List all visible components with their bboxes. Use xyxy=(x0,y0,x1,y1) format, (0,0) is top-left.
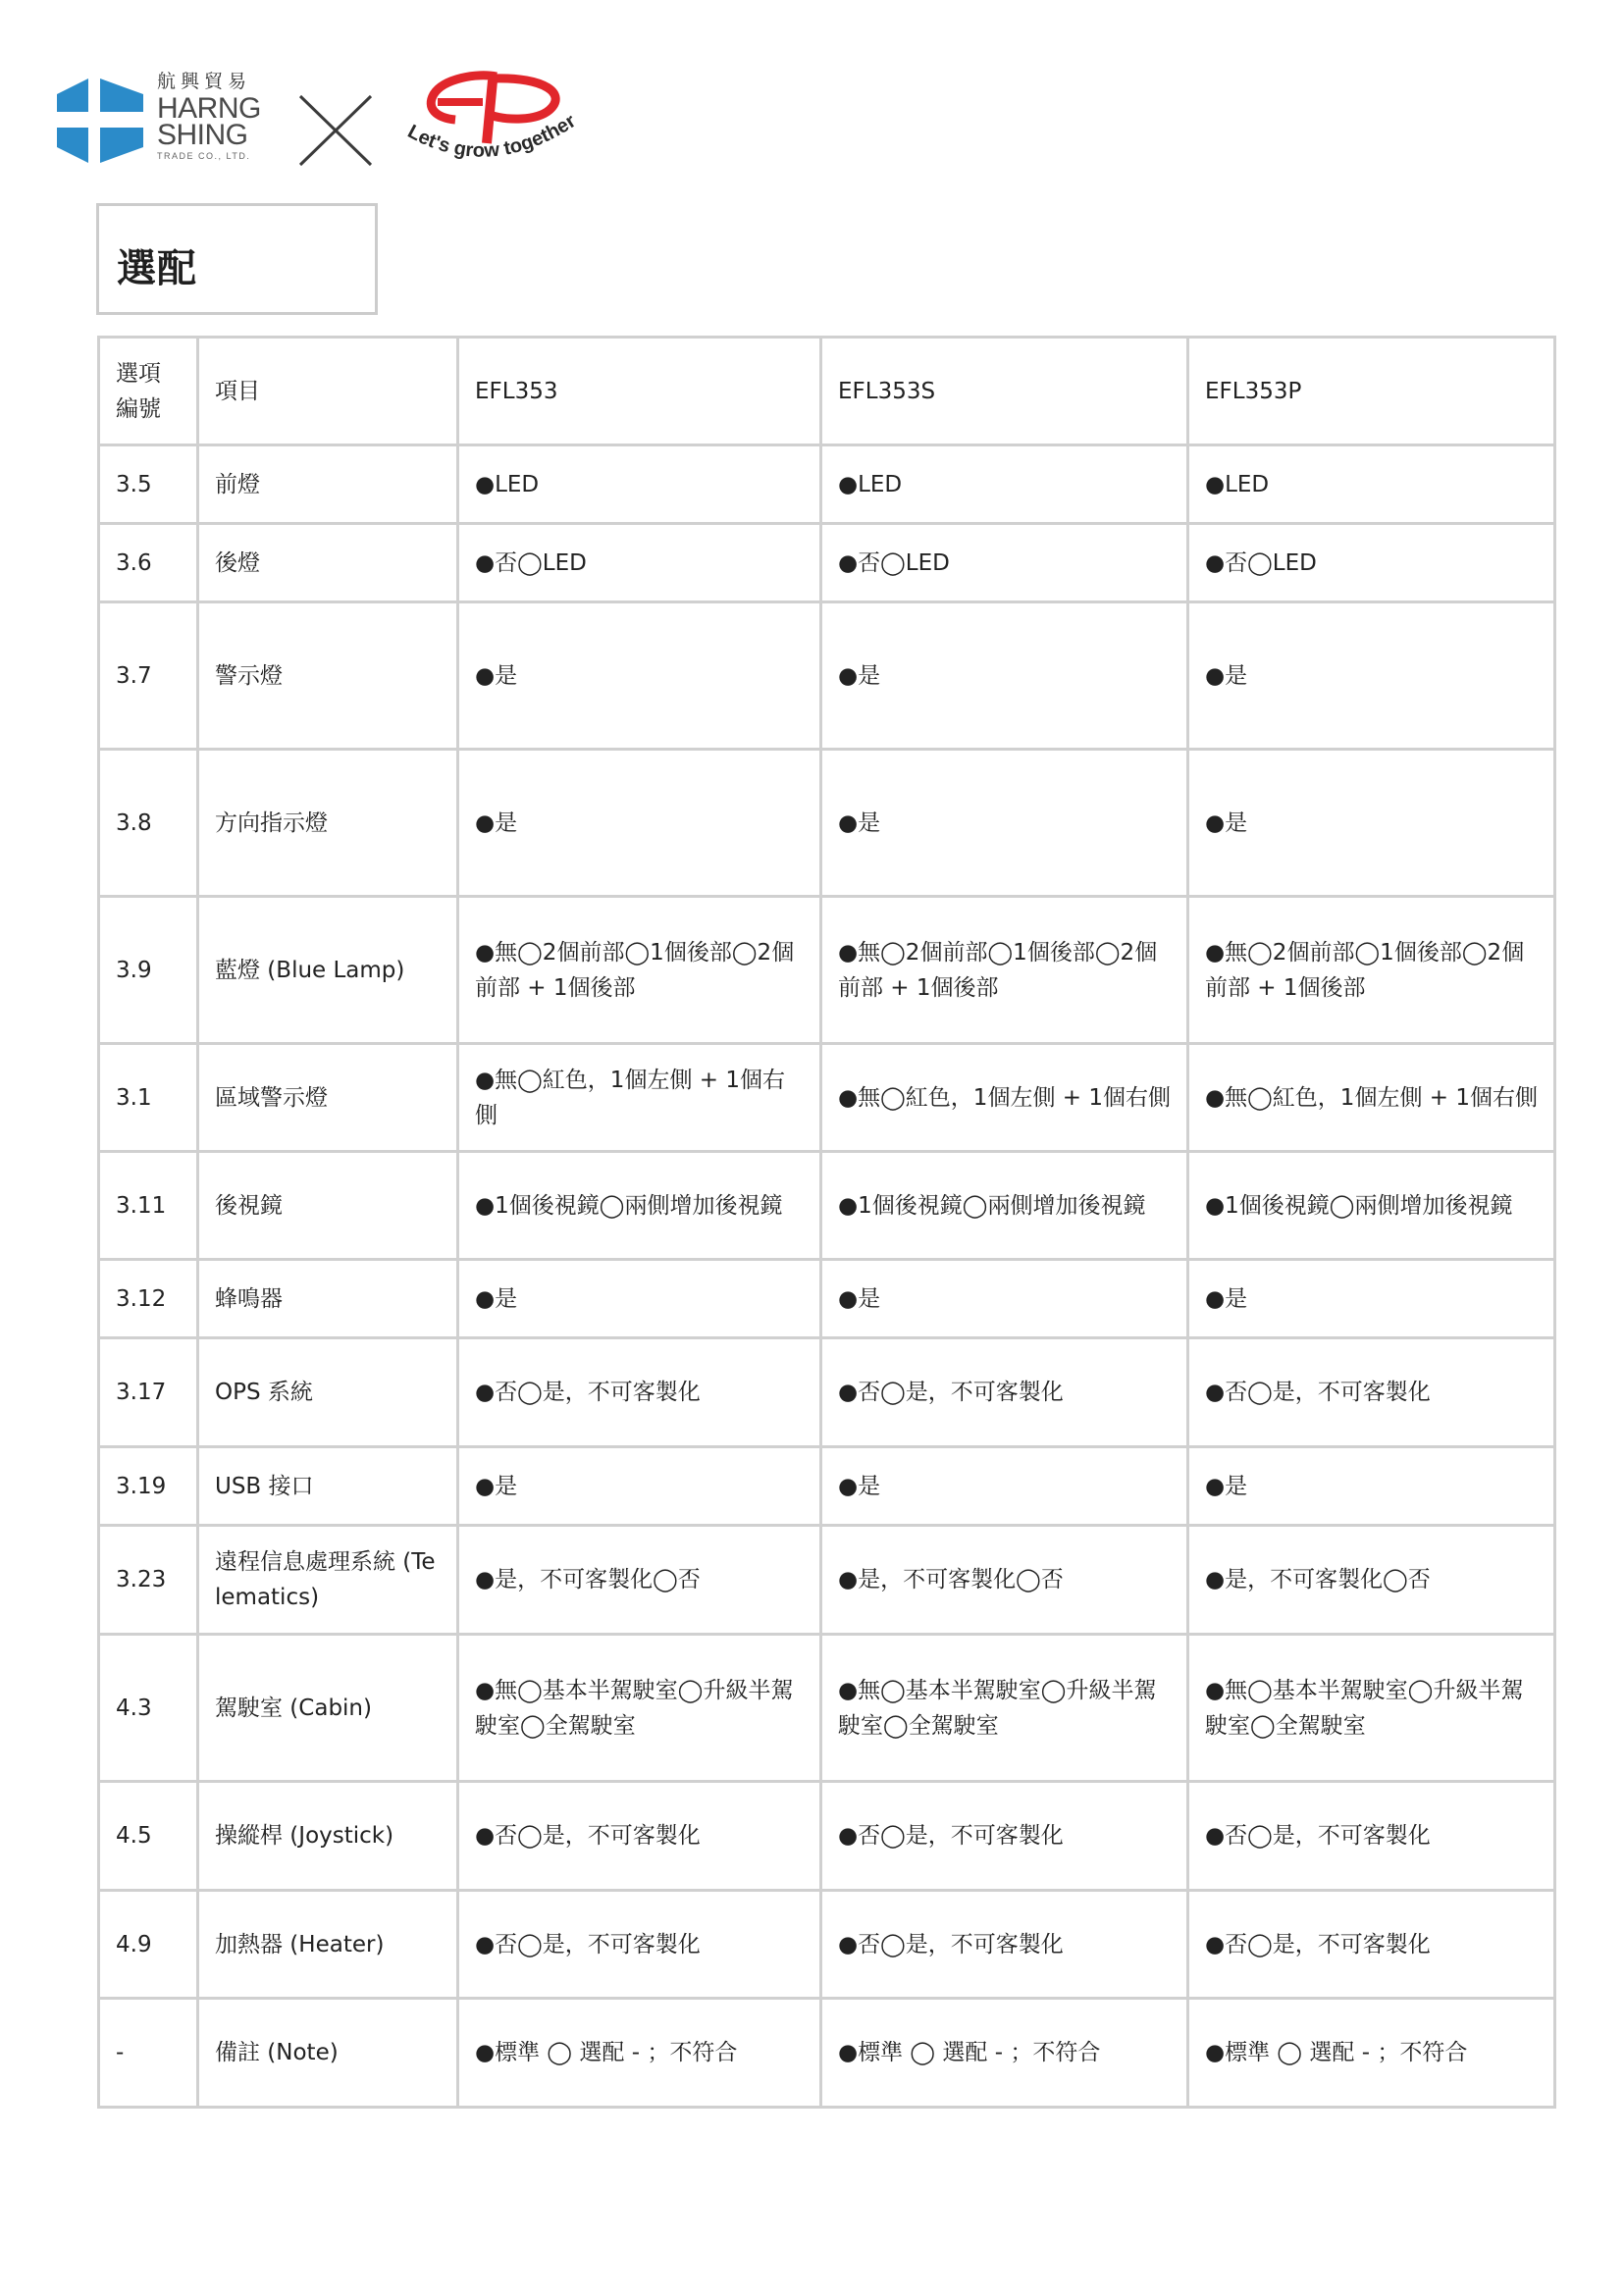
option-number: 3.7 xyxy=(99,602,198,750)
company-name-en-2: SHING xyxy=(157,122,261,148)
table-row: 3.17 OPS 系統 ●否◯是，不可客製化 ●否◯是，不可客製化 ●否◯是，不… xyxy=(99,1338,1555,1447)
header-model-efl353: EFL353 xyxy=(458,338,821,445)
option-value-efl353: ●是 xyxy=(458,1260,821,1338)
table-row: 4.3 駕駛室 (Cabin) ●無◯基本半駕駛室◯升級半駕駛室◯全駕駛室 ●無… xyxy=(99,1635,1555,1782)
option-number: 3.19 xyxy=(99,1447,198,1526)
header-model-efl353s: EFL353S xyxy=(821,338,1188,445)
option-value-efl353: ●是，不可客製化◯否 xyxy=(458,1526,821,1635)
table-row: 4.5 操縱桿 (Joystick) ●否◯是，不可客製化 ●否◯是，不可客製化… xyxy=(99,1782,1555,1891)
option-item: 方向指示燈 xyxy=(198,750,458,897)
option-value-efl353: ●無◯紅色，1個左側 + 1個右側 xyxy=(458,1044,821,1152)
option-value-efl353p: ●否◯是，不可客製化 xyxy=(1188,1891,1555,1999)
table-row: 4.9 加熱器 (Heater) ●否◯是，不可客製化 ●否◯是，不可客製化 ●… xyxy=(99,1891,1555,1999)
option-item: 備註 (Note) xyxy=(198,1999,458,2108)
option-value-efl353p: ●是 xyxy=(1188,1260,1555,1338)
option-number: 4.3 xyxy=(99,1635,198,1782)
option-number: - xyxy=(99,1999,198,2108)
option-item: 後視鏡 xyxy=(198,1152,458,1260)
option-value-efl353: ●否◯LED xyxy=(458,524,821,602)
option-value-efl353: ●1個後視鏡◯兩側增加後視鏡 xyxy=(458,1152,821,1260)
option-number: 3.17 xyxy=(99,1338,198,1447)
option-item: 藍燈 (Blue Lamp) xyxy=(198,897,458,1044)
option-value-efl353p: ●無◯2個前部◯1個後部◯2個前部 + 1個後部 xyxy=(1188,897,1555,1044)
option-item: 遠程信息處理系統 (Telematics) xyxy=(198,1526,458,1635)
option-value-efl353: ●無◯基本半駕駛室◯升級半駕駛室◯全駕駛室 xyxy=(458,1635,821,1782)
option-item: 警示燈 xyxy=(198,602,458,750)
option-value-efl353: ●是 xyxy=(458,602,821,750)
option-number: 3.1 xyxy=(99,1044,198,1152)
table-row: 3.5 前燈 ●LED ●LED ●LED xyxy=(99,445,1555,524)
option-value-efl353s: ●否◯是，不可客製化 xyxy=(821,1891,1188,1999)
option-item: 前燈 xyxy=(198,445,458,524)
option-value-efl353s: ●是 xyxy=(821,602,1188,750)
option-value-efl353s: ●無◯紅色，1個左側 + 1個右側 xyxy=(821,1044,1188,1152)
option-number: 3.8 xyxy=(99,750,198,897)
option-value-efl353s: ●是 xyxy=(821,1447,1188,1526)
section-title-box: 選配 xyxy=(96,203,378,315)
option-value-efl353p: ●無◯紅色，1個左側 + 1個右側 xyxy=(1188,1044,1555,1152)
table-row: 3.9 藍燈 (Blue Lamp) ●無◯2個前部◯1個後部◯2個前部 + 1… xyxy=(99,897,1555,1044)
option-value-efl353: ●否◯是，不可客製化 xyxy=(458,1782,821,1891)
option-item: 加熱器 (Heater) xyxy=(198,1891,458,1999)
option-item: 區域警示燈 xyxy=(198,1044,458,1152)
option-value-efl353s: ●是 xyxy=(821,1260,1188,1338)
company-name-en-1: HARNG xyxy=(157,95,261,122)
option-value-efl353: ●否◯是，不可客製化 xyxy=(458,1338,821,1447)
option-value-efl353p: ●是，不可客製化◯否 xyxy=(1188,1526,1555,1635)
table-row: 3.7 警示燈 ●是 ●是 ●是 xyxy=(99,602,1555,750)
option-item: USB 接口 xyxy=(198,1447,458,1526)
option-value-efl353p: ●無◯基本半駕駛室◯升級半駕駛室◯全駕駛室 xyxy=(1188,1635,1555,1782)
options-table: 選項編號 項目 EFL353 EFL353S EFL353P 3.5 前燈 ●L… xyxy=(97,336,1556,2109)
option-item: 操縱桿 (Joystick) xyxy=(198,1782,458,1891)
option-number: 3.23 xyxy=(99,1526,198,1635)
header-option-number: 選項編號 xyxy=(99,338,198,445)
company-name-cn: 航興貿易 xyxy=(157,73,261,91)
option-value-efl353s: ●LED xyxy=(821,445,1188,524)
table-header-row: 選項編號 項目 EFL353 EFL353S EFL353P xyxy=(99,338,1555,445)
header-logos: 航興貿易 HARNG SHING TRADE CO., LTD. Let's g… xyxy=(55,65,604,173)
option-number: 3.12 xyxy=(99,1260,198,1338)
table-row: 3.6 後燈 ●否◯LED ●否◯LED ●否◯LED xyxy=(99,524,1555,602)
table-row-note: - 備註 (Note) ●標準 ◯ 選配 - ；不符合 ●標準 ◯ 選配 - ；… xyxy=(99,1999,1555,2108)
section-title: 選配 xyxy=(117,237,197,293)
option-value-efl353: ●是 xyxy=(458,1447,821,1526)
table-row: 3.11 後視鏡 ●1個後視鏡◯兩側增加後視鏡 ●1個後視鏡◯兩側增加後視鏡 ●… xyxy=(99,1152,1555,1260)
option-value-efl353p: ●否◯是，不可客製化 xyxy=(1188,1782,1555,1891)
option-value-efl353p: ●是 xyxy=(1188,602,1555,750)
option-value-efl353p: ●否◯是，不可客製化 xyxy=(1188,1338,1555,1447)
option-value-efl353p: ●是 xyxy=(1188,750,1555,897)
option-value-efl353p: ●否◯LED xyxy=(1188,524,1555,602)
option-item: 後燈 xyxy=(198,524,458,602)
collaboration-x-icon xyxy=(298,94,373,167)
option-number: 3.6 xyxy=(99,524,198,602)
option-value-efl353s: ●是，不可客製化◯否 xyxy=(821,1526,1188,1635)
note-legend-efl353p: ●標準 ◯ 選配 - ；不符合 xyxy=(1188,1999,1555,2108)
note-legend-efl353s: ●標準 ◯ 選配 - ；不符合 xyxy=(821,1999,1188,2108)
harng-shing-logo-icon xyxy=(57,73,147,167)
table-row: 3.12 蜂鳴器 ●是 ●是 ●是 xyxy=(99,1260,1555,1338)
option-value-efl353s: ●無◯2個前部◯1個後部◯2個前部 + 1個後部 xyxy=(821,897,1188,1044)
header-item: 項目 xyxy=(198,338,458,445)
table-row: 3.19 USB 接口 ●是 ●是 ●是 xyxy=(99,1447,1555,1526)
option-value-efl353s: ●否◯LED xyxy=(821,524,1188,602)
option-item: 蜂鳴器 xyxy=(198,1260,458,1338)
option-item: 駕駛室 (Cabin) xyxy=(198,1635,458,1782)
option-value-efl353s: ●1個後視鏡◯兩側增加後視鏡 xyxy=(821,1152,1188,1260)
option-number: 4.5 xyxy=(99,1782,198,1891)
option-item: OPS 系統 xyxy=(198,1338,458,1447)
ep-logo-icon: Let's grow together xyxy=(398,67,581,171)
option-number: 3.11 xyxy=(99,1152,198,1260)
option-value-efl353s: ●否◯是，不可客製化 xyxy=(821,1338,1188,1447)
table-row: 3.23 遠程信息處理系統 (Telematics) ●是，不可客製化◯否 ●是… xyxy=(99,1526,1555,1635)
option-value-efl353: ●LED xyxy=(458,445,821,524)
option-value-efl353: ●否◯是，不可客製化 xyxy=(458,1891,821,1999)
option-value-efl353s: ●無◯基本半駕駛室◯升級半駕駛室◯全駕駛室 xyxy=(821,1635,1188,1782)
header-model-efl353p: EFL353P xyxy=(1188,338,1555,445)
harng-shing-wordmark: 航興貿易 HARNG SHING TRADE CO., LTD. xyxy=(157,73,261,161)
option-number: 4.9 xyxy=(99,1891,198,1999)
table-row: 3.1 區域警示燈 ●無◯紅色，1個左側 + 1個右側 ●無◯紅色，1個左側 +… xyxy=(99,1044,1555,1152)
option-number: 3.9 xyxy=(99,897,198,1044)
option-number: 3.5 xyxy=(99,445,198,524)
option-value-efl353p: ●1個後視鏡◯兩側增加後視鏡 xyxy=(1188,1152,1555,1260)
option-value-efl353p: ●是 xyxy=(1188,1447,1555,1526)
option-value-efl353s: ●否◯是，不可客製化 xyxy=(821,1782,1188,1891)
option-value-efl353: ●無◯2個前部◯1個後部◯2個前部 + 1個後部 xyxy=(458,897,821,1044)
option-value-efl353p: ●LED xyxy=(1188,445,1555,524)
option-value-efl353s: ●是 xyxy=(821,750,1188,897)
table-row: 3.8 方向指示燈 ●是 ●是 ●是 xyxy=(99,750,1555,897)
note-legend-efl353: ●標準 ◯ 選配 - ；不符合 xyxy=(458,1999,821,2108)
company-subtitle: TRADE CO., LTD. xyxy=(157,152,261,161)
option-value-efl353: ●是 xyxy=(458,750,821,897)
